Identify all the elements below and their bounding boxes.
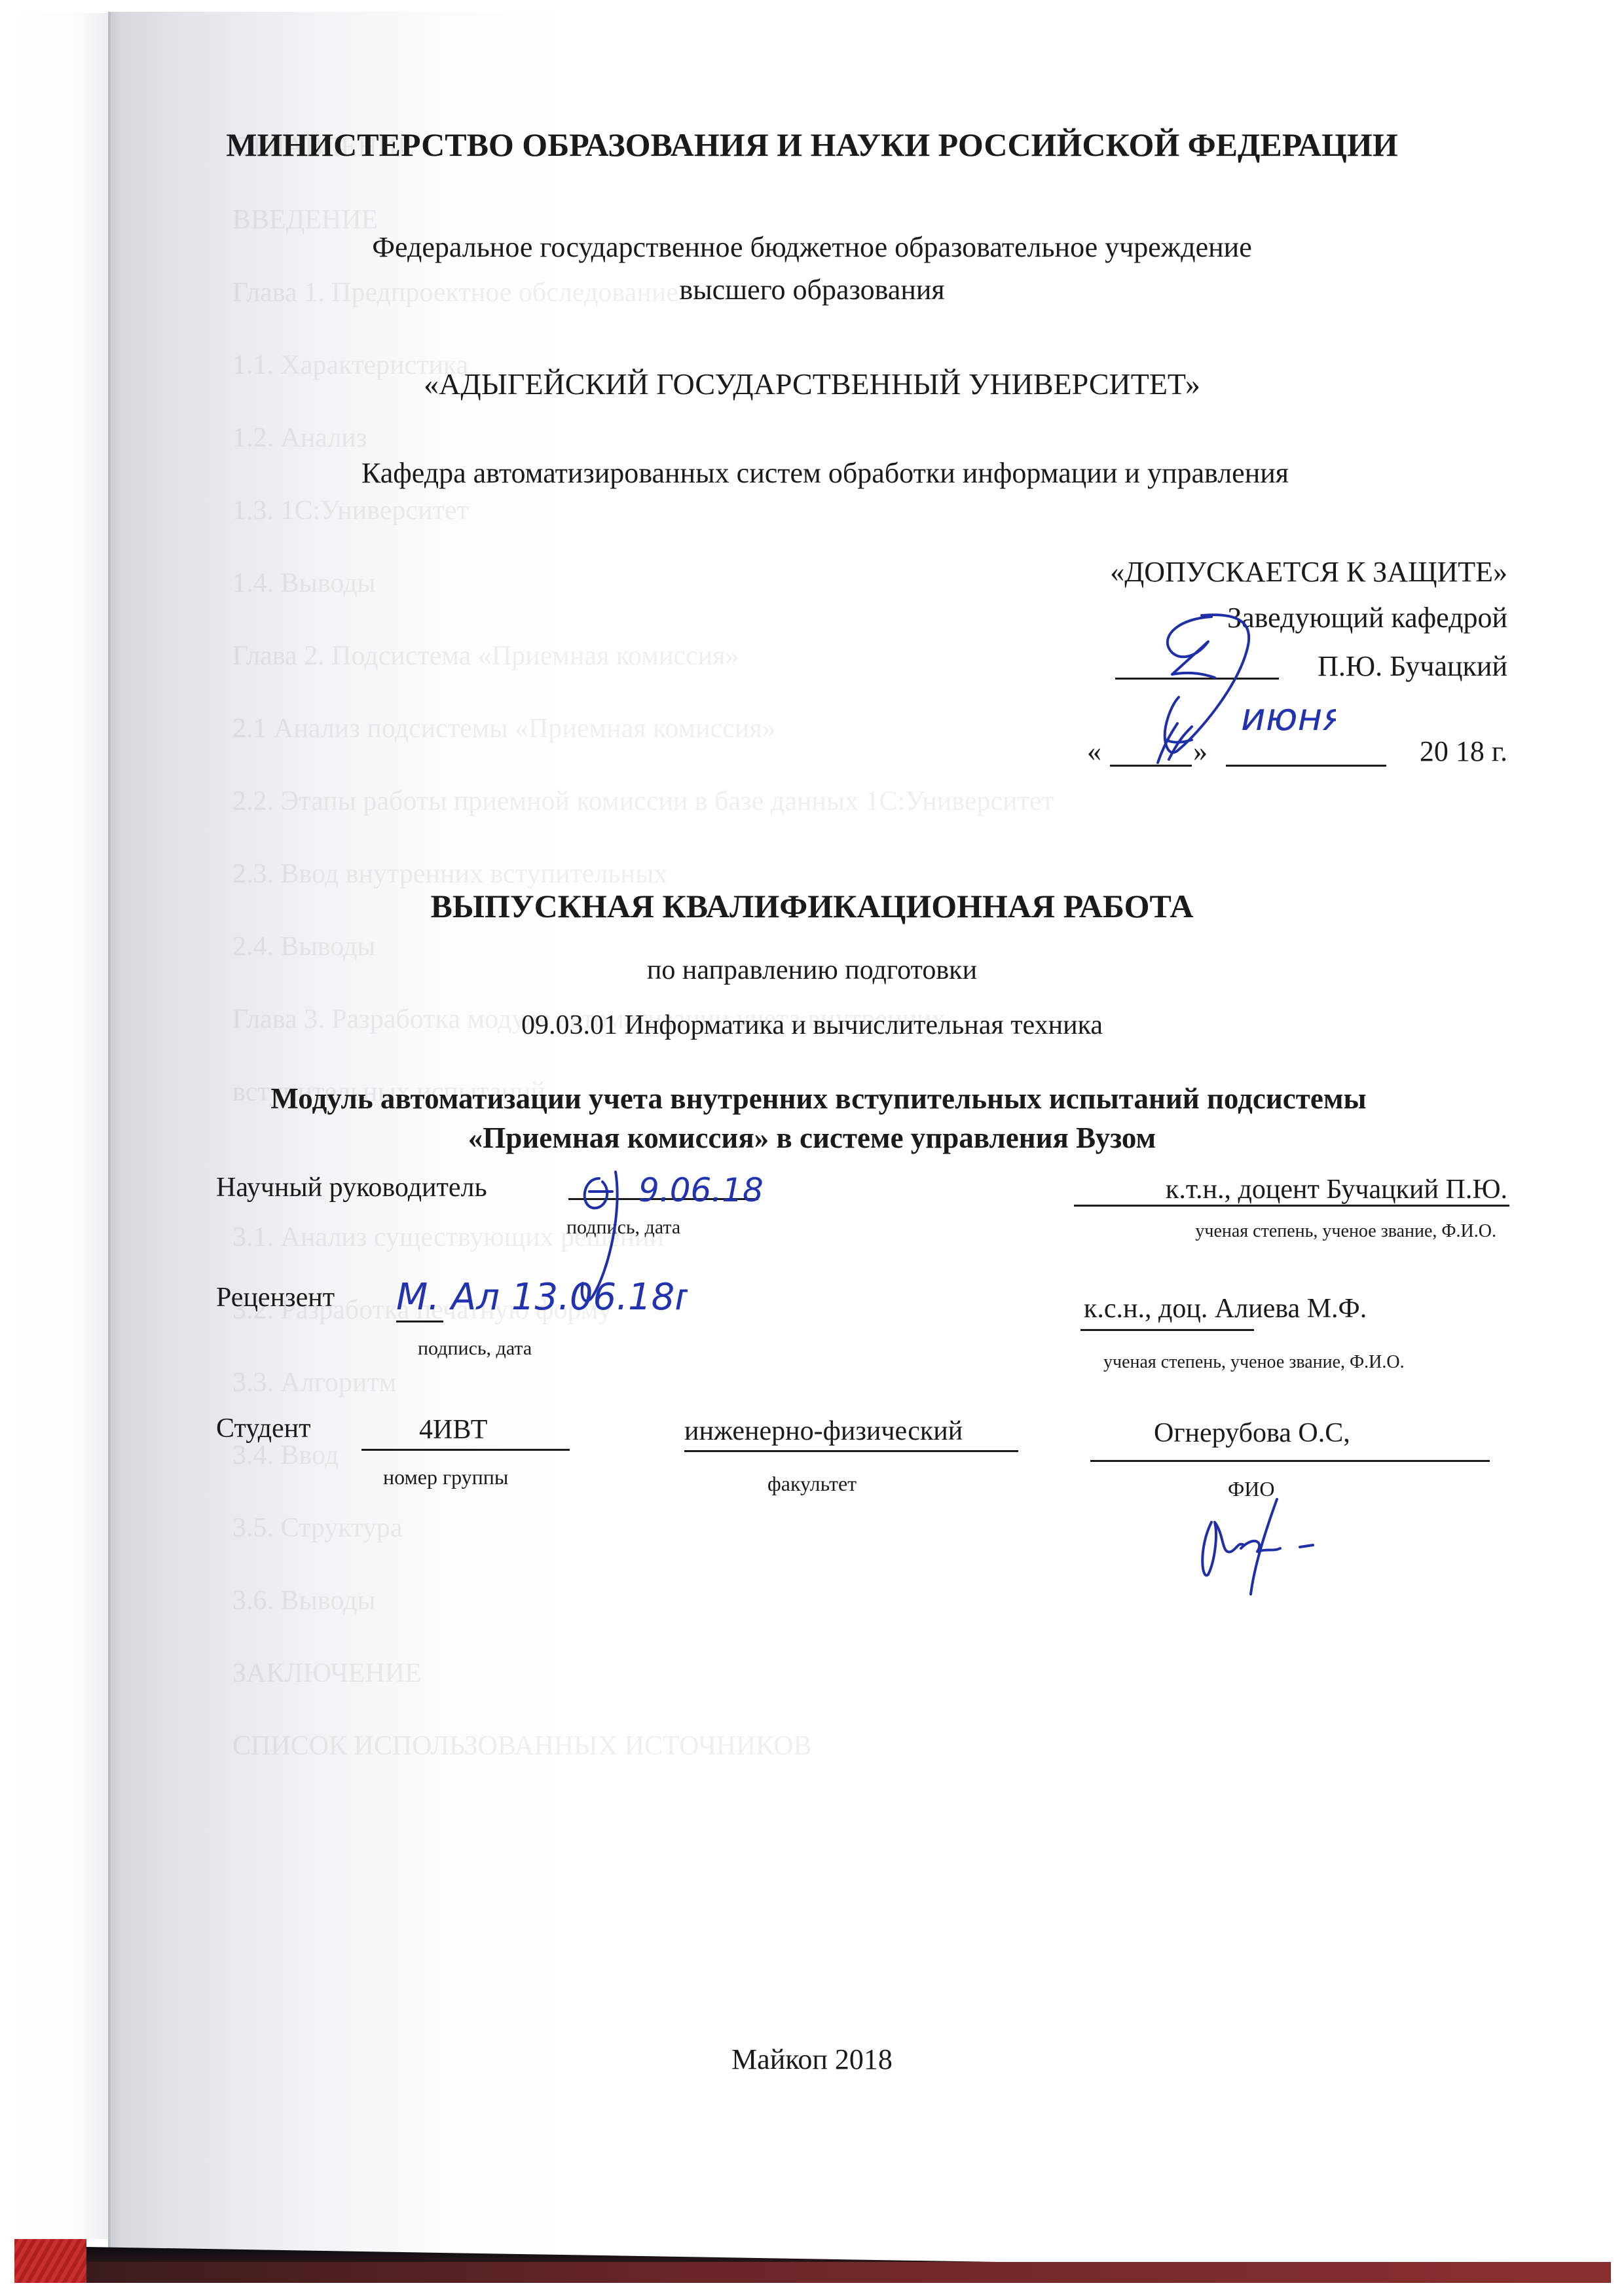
department-name: Кафедра автоматизированных систем обрабо…	[13, 456, 1624, 490]
head-signature: июня	[1100, 609, 1336, 779]
student-faculty: инженерно-физический	[684, 1415, 963, 1447]
thesis-title-line2: «Приемная комиссия» в системе управления…	[0, 1121, 1624, 1155]
city-year: Майкоп 2018	[0, 2043, 1624, 2076]
supervisor-label: Научный руководитель	[216, 1172, 487, 1203]
university-name: «АДЫГЕЙСКИЙ ГОСУДАРСТВЕННЫЙ УНИВЕРСИТЕТ»	[0, 367, 1624, 401]
supervisor-value: к.т.н., доцент Бучацкий П.Ю.	[1166, 1174, 1507, 1205]
reviewer-label: Рецензент	[216, 1282, 335, 1313]
student-faculty-line	[684, 1450, 1018, 1452]
reviewer-value: к.с.н., доц. Алиева М.Ф.	[1084, 1293, 1367, 1324]
reviewer-value-line	[1080, 1329, 1254, 1331]
student-faculty-caption: факультет	[767, 1472, 857, 1496]
reviewer-signature: М. Ал 13.06.18г.	[393, 1267, 688, 1326]
ministry-heading: МИНИСТЕРСТВО ОБРАЗОВАНИЯ И НАУКИ РОССИЙС…	[0, 126, 1624, 164]
approval-name: П.Ю. Бучацкий	[1318, 649, 1507, 683]
direction-code-name: 09.03.01 Информатика и вычислительная те…	[0, 1010, 1624, 1041]
student-group: 4ИВТ	[419, 1414, 487, 1446]
student-name: Огнерубова О.С,	[1154, 1417, 1350, 1449]
institution-type-line2: высшего образования	[0, 273, 1624, 306]
approval-heading: «ДОПУСКАЕТСЯ К ЗАЩИТЕ»	[1110, 555, 1507, 589]
supervisor-handwritten-date: 9.06.18	[638, 1171, 764, 1209]
student-label: Студент	[216, 1413, 310, 1444]
red-cover-corner	[14, 2239, 86, 2283]
direction-label: по направлению подготовки	[0, 955, 1624, 986]
date-open-quote: «	[1087, 735, 1101, 768]
student-signature	[1192, 1496, 1362, 1601]
reviewer-signature-caption: подпись, дата	[418, 1338, 532, 1360]
supervisor-value-line	[1074, 1205, 1509, 1207]
reviewer-value-caption: ученая степень, ученое звание, Ф.И.О.	[1103, 1352, 1405, 1373]
thesis-title-line1: Модуль автоматизации учета внутренних вс…	[7, 1082, 1624, 1116]
student-group-line	[361, 1449, 570, 1451]
student-name-line	[1090, 1460, 1490, 1462]
supervisor-value-caption: ученая степень, ученое звание, Ф.И.О.	[1195, 1221, 1496, 1242]
reviewer-handwritten: М. Ал 13.06.18г.	[396, 1276, 688, 1319]
institution-type-line1: Федеральное государственное бюджетное об…	[0, 230, 1624, 264]
cover-edge	[85, 2262, 1611, 2283]
date-year: 20 18 г.	[1420, 735, 1507, 768]
student-group-caption: номер группы	[383, 1465, 508, 1489]
work-type-heading: ВЫПУСКНАЯ КВАЛИФИКАЦИОННАЯ РАБОТА	[0, 887, 1624, 925]
handwritten-month: июня	[1241, 695, 1336, 739]
